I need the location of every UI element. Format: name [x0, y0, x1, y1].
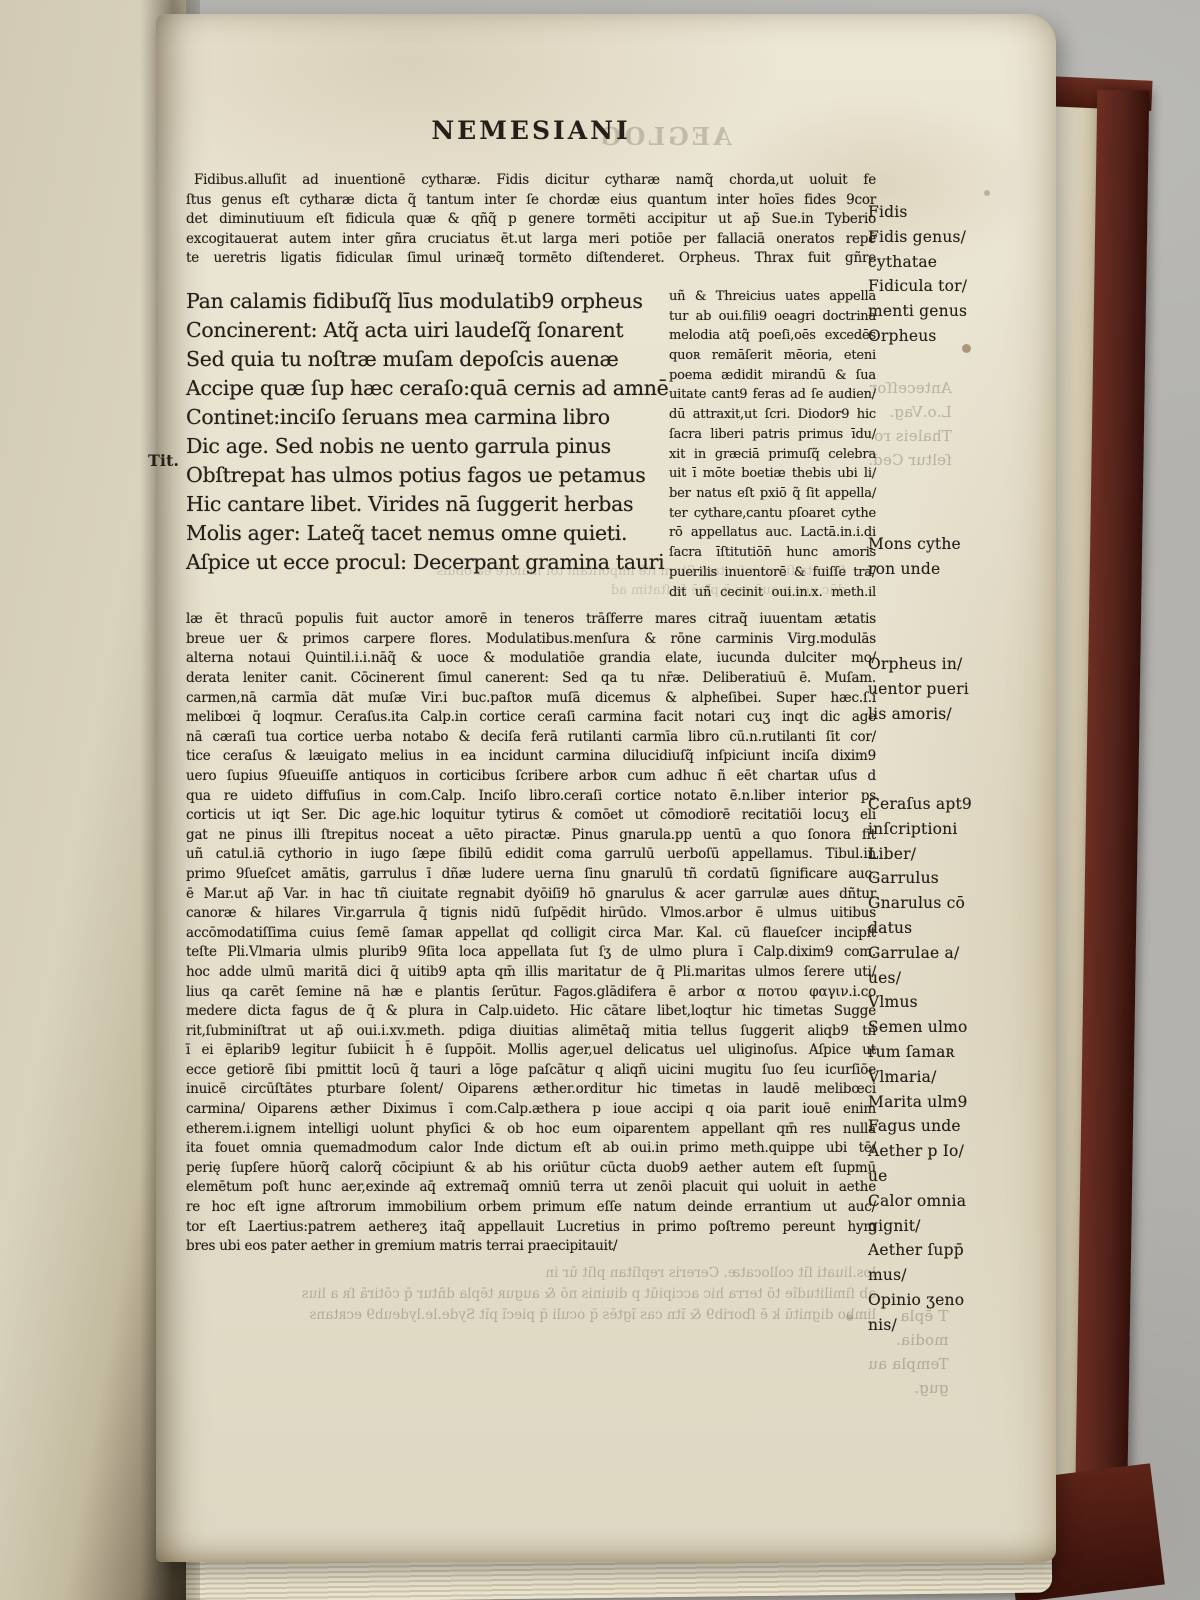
margin-note-cerasus-list: Ceraſus apt9inſcriptioniLiber/GarrulusGn…	[868, 792, 972, 1338]
text-block: NEMESIANI Fidibus.alluſit ad inuentionē …	[186, 14, 876, 1326]
intro-commentary: Fidibus.alluſit ad inuentionē cytharæ. F…	[186, 171, 876, 269]
side-commentary-column: uñ & Threicius uates appellatur ab oui.f…	[669, 287, 876, 602]
tit-margin-label: Tit.	[148, 451, 179, 470]
margin-note-orpheus: Orpheus in/uentor puerilis amoris/	[868, 652, 969, 726]
foxing-spot	[984, 190, 990, 196]
poem-verses: Pan calamis fidibuſq̃ līus modulatib9 or…	[186, 287, 629, 602]
margin-note-showthrough: AnteceſſorL.o.Vag.Thaleis roſeltur Ced.	[868, 376, 952, 472]
book-photo: Audierat laudeſq̃ tuaQuem nunc emirereSe…	[0, 0, 1200, 1600]
margin-note-mons-cytheron: Mons cytheron unde	[868, 532, 961, 582]
poem-section: Pan calamis fidibuſq̃ līus modulatib9 or…	[186, 287, 876, 602]
commentary-block: læ ēt thracū populis fuit auctor amorē i…	[186, 610, 876, 1257]
main-page: AEGLOG NEMESIANI Fidibus.alluſit ad inue…	[156, 14, 1056, 1562]
margin-note-showthrough: T ēplamodia.Templa augug.	[868, 1304, 948, 1400]
showthrough-bottom-lines: los.liuati ſit collocatæ. Cereris repſit…	[186, 1263, 876, 1326]
page-title: NEMESIANI	[186, 116, 876, 145]
showthrough-band: ſecreta ſimul inſectam ſitum ſtē impoſit…	[226, 562, 846, 600]
margin-note-fidis: FidisFidis genus/cythataeFidicula tor/me…	[868, 200, 967, 349]
